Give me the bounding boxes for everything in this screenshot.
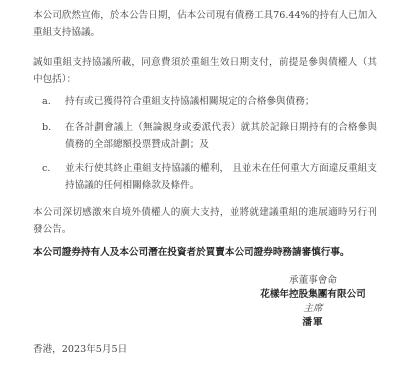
signatory-name: 潘軍 xyxy=(253,316,373,330)
announcement-page: 本公司欣然宣佈，於本公告日期，佔本公司現有債務工具76.44%的持有人已加入重組… xyxy=(0,0,410,365)
paragraph-gratitude: 本公司深切感激來自境外債權人的廣大支持，並將就建議重組的進展適時另行刊發公告。 xyxy=(33,204,377,238)
condition-marker-a: a. xyxy=(33,93,65,110)
condition-marker-c: c. xyxy=(33,160,65,177)
paragraph-accession-announcement: 本公司欣然宣佈，於本公告日期，佔本公司現有債務工具76.44%的持有人已加入重組… xyxy=(33,7,377,41)
signature-block: 承董事會命 花樣年控股集團有限公司 主席 潘軍 xyxy=(253,274,373,330)
dateline: 香港，2023年5月5日 xyxy=(33,341,377,358)
condition-text-c: 並未行使其終止重組支持協議的權利， 且並未在任何重大方面違反重組支持協議的任何相… xyxy=(65,160,377,194)
paragraph-consent-fee: 誠如重組支持協議所載，同意費須於重組生效日期支付，前提是參與債權人（其中包括）： xyxy=(33,54,377,88)
condition-item-a: a. 持有或已獲得符合重組支持協議相關規定的合格參與債務； xyxy=(33,93,377,110)
signatory-title: 主席 xyxy=(253,302,373,316)
company-name: 花樣年控股集團有限公司 xyxy=(253,288,373,302)
by-order-of-board-line: 承董事會命 xyxy=(253,274,373,288)
warning-statement: 本公司證券持有人及本公司潛在投資者於買賣本公司證券時務請審慎行事。 xyxy=(33,244,377,261)
condition-item-c: c. 並未行使其終止重組支持協議的權利， 且並未在任何重大方面違反重組支持協議的… xyxy=(33,160,377,194)
condition-marker-b: b. xyxy=(33,119,65,136)
condition-text-a: 持有或已獲得符合重組支持協議相關規定的合格參與債務； xyxy=(65,93,377,110)
condition-item-b: b. 在各計劃會議上（無論親身或委派代表）就其於記錄日期持有的合格參與債務的全部… xyxy=(33,119,377,153)
condition-text-b: 在各計劃會議上（無論親身或委派代表）就其於記錄日期持有的合格參與債務的全部總額投… xyxy=(65,119,377,153)
